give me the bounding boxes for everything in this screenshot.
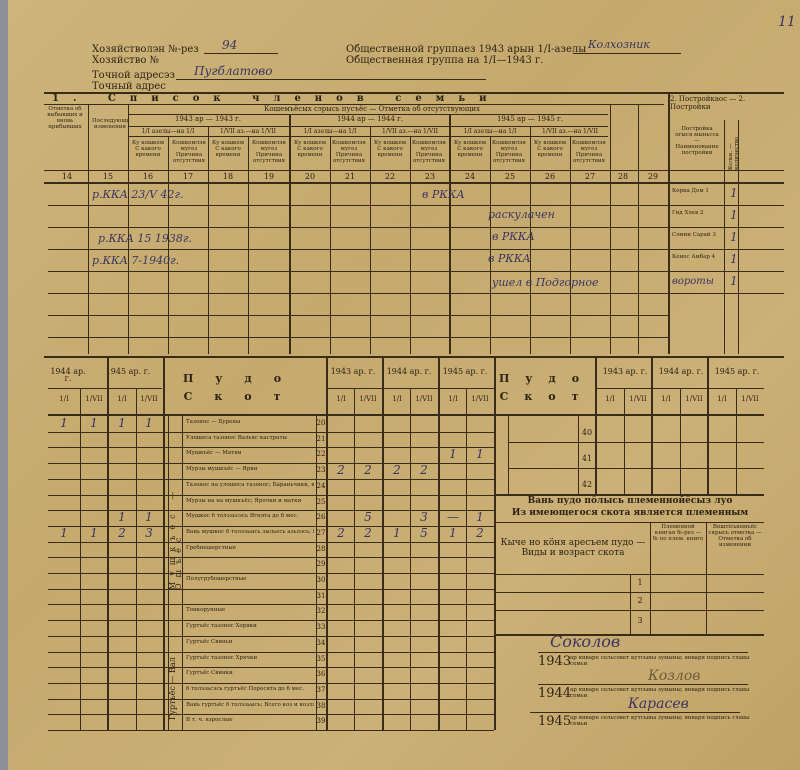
building-2-count[interactable]: 1 [730, 208, 738, 222]
ls-title-komi: Пудо [168, 372, 318, 385]
livestock-row-number: 20 [316, 419, 326, 427]
member-row-4-absence[interactable]: в РККА [488, 252, 531, 265]
livestock-row-label: Гуртъёс Свинки [186, 670, 314, 676]
member-row-2-absence[interactable]: раскулачен [488, 208, 555, 221]
livestock-mid-cell[interactable]: 2 [328, 463, 354, 477]
col25-header: Кошкемлэн мугез Причина отсутствия [490, 140, 528, 164]
livestock-row-label: Гребнешерстные [186, 545, 314, 551]
col21-header: Кошкемлэн мугез Причина отсутствия [330, 140, 368, 164]
group-komi: Общественной группаез 1943 арын 1/I-азел… [346, 44, 586, 55]
livestock-mid-cell[interactable]: 1 [440, 526, 466, 540]
signature-1945[interactable]: Карасев [628, 696, 689, 712]
signature-1943-year: 1943 [538, 654, 571, 669]
livestock-row-label: Мурзы на на мушкъёс; Ярочки и матки [186, 498, 314, 504]
building-2: Гид Хлев 2 [672, 210, 720, 216]
livestock-left-cell[interactable]: 1 [80, 526, 108, 540]
livestock-row-label: Мурзы мушкъёс — Ярки [186, 466, 314, 472]
livestock-mid-cell[interactable]: 1 [466, 510, 494, 524]
col16-header: Ку кошкем С какого времени [130, 140, 166, 158]
building-5-count[interactable]: 1 [730, 274, 738, 288]
half-jul-1945: 1/VII аз.—на 1/VII [530, 128, 610, 135]
col27-header: Кошкемлэн мугез Причина отсутствия [570, 140, 608, 164]
livestock-row-number: 32 [316, 607, 326, 615]
livestock-row-number: 36 [316, 670, 326, 678]
livestock-mid-cell[interactable]: 5 [354, 510, 382, 524]
ls-mid-year-1943: 1943 ар. г. [328, 368, 378, 375]
page-number: 11 [778, 14, 796, 30]
member-row-1-absence[interactable]: в РККА [422, 188, 465, 201]
livestock-row-label: 6 толэзьсэсь гуртъёс Поросята до 6 мес. [186, 686, 314, 692]
livestock-row-label: Гуртъёс Свиньи [186, 639, 314, 645]
livestock-row-number: 39 [316, 717, 326, 725]
col18-header: Ку кошкем С какого времени [210, 140, 246, 158]
half-jan-1943: 1/I азелы—на 1/I [128, 128, 208, 135]
building-3-count[interactable]: 1 [730, 230, 738, 244]
livestock-left-cell[interactable]: 1 [108, 510, 136, 524]
ls-title-ru: Скот [168, 390, 318, 403]
half-jul-1944: 1/VII аз.—на 1/VII [370, 128, 450, 135]
address-value[interactable]: Пугблатово [194, 64, 272, 78]
livestock-row-label: Мушкъёс — Матки [186, 450, 314, 456]
livestock-mid-cell[interactable]: 1 [440, 447, 466, 461]
livestock-row-number: 30 [316, 576, 326, 584]
livestock-row-number: 27 [316, 529, 326, 537]
livestock-row-label: Гуртъёс тазонос Хоряки [186, 623, 314, 629]
member-row-1-note[interactable]: р.ККА 23/V 42г. [92, 188, 184, 201]
livestock-mid-cell[interactable]: 3 [410, 510, 438, 524]
livestock-mid-cell[interactable]: 5 [410, 526, 438, 540]
col26-header: Ку кошкем С какого времени [532, 140, 568, 158]
half-jul-1943: 1/VII аз.—на 1/VII [208, 128, 288, 135]
building-3: Сэмин Сарай 3 [672, 232, 720, 238]
livestock-row-number: 23 [316, 466, 326, 474]
signature-1944-year: 1944 [538, 686, 571, 701]
livestock-mid-cell[interactable]: 2 [354, 463, 382, 477]
livestock-row-label: В т. ч. взрослые [186, 717, 314, 723]
year-1944: 1944 ар — 1944 г. [290, 116, 450, 123]
livestock-row-number: 22 [316, 450, 326, 458]
livestock-row-number: 29 [316, 560, 326, 568]
pedigree-col-kind: Кыче но кöня аресъем пудо — Виды и возра… [498, 538, 648, 558]
livestock-row-label: Вань гуртъёс 6 толэзьысь; Всего коз и ко… [186, 702, 314, 708]
section2-title: 2. Постройкаос — 2. Постройки [670, 95, 780, 111]
building-1-count[interactable]: 1 [730, 186, 738, 200]
livestock-row-number: 37 [316, 686, 326, 694]
household-no-value[interactable]: 94 [222, 38, 237, 52]
form-page: 11 Хозяйстволэн №-рез Хозяйство № 94 Точ… [8, 0, 800, 770]
col19-header: Кошкемлэн мугез Причина отсутствия [250, 140, 288, 164]
livestock-row-number: 33 [316, 623, 326, 631]
livestock-mid-cell[interactable]: 2 [410, 463, 438, 477]
signature-1943[interactable]: Соколов [550, 632, 620, 651]
livestock-mid-cell[interactable]: 2 [466, 526, 494, 540]
livestock-row-number: 28 [316, 545, 326, 553]
ls-left-year-1944: 1944 ар. г. [48, 368, 88, 382]
signature-1944[interactable]: Козлов [648, 668, 700, 684]
absent-header: Кошемъёсых сэрысь пусъёс — Отметка об от… [132, 106, 612, 113]
building-1: Корка Дом 1 [672, 188, 720, 194]
livestock-row-number: 21 [316, 435, 326, 443]
pedigree-title-komi: Вань пудо пöлысь племеннойёсыз луо [496, 496, 764, 506]
livestock-mid-cell[interactable]: 2 [354, 526, 382, 540]
scan-edge [0, 0, 8, 770]
livestock-row-label: Гуртъёс тазонос Хрячки [186, 655, 314, 661]
member-row-4-note[interactable]: р.ККА 7-1940г. [92, 254, 179, 267]
section1-title: 1. Список членов семьи [52, 93, 612, 104]
livestock-row-label: Мушкос 6 толэзьсэсь Ягнята до 6 мес. [186, 513, 314, 519]
signature-1945-year: 1945 [538, 714, 571, 729]
building-4-count[interactable]: 1 [730, 252, 738, 266]
livestock-row-label: Вань мушкос 6 толэзьысь зыльесь азьлэсь;… [186, 529, 314, 535]
ls-right-title-ru: Скот [498, 390, 596, 403]
ls-right-year-1944: 1944 ар. г. [654, 368, 708, 375]
livestock-left-cell[interactable]: 1 [136, 416, 162, 430]
livestock-mid-cell[interactable]: 1 [384, 526, 410, 540]
livestock-left-cell[interactable]: 1 [136, 510, 162, 524]
livestock-left-cell[interactable]: 2 [108, 526, 136, 540]
ls-right-year-1943: 1943 ар. г. [598, 368, 652, 375]
year-1945: 1945 ар — 1945 г. [450, 116, 610, 123]
livestock-row-number: 38 [316, 702, 326, 710]
household-no-komi: Хозяйстволэн №-рез [92, 44, 199, 55]
pedigree-col-book: Племенной книгая №-рез — № по плем. книг… [652, 524, 704, 542]
livestock-row-number: 35 [316, 655, 326, 663]
col22-header: Ку кошкем С какого времени [372, 140, 408, 158]
ls-right-year-1945: 1945 ар. г. [710, 368, 764, 375]
livestock-row-label: Полугрубошерстные [186, 576, 314, 582]
year-1943: 1943 ар — 1943 г. [128, 116, 288, 123]
half-jan-1944: 1/I азелы—на 1/I [290, 128, 370, 135]
livestock-row-label: Улошеса тазонос Вальяс кастраты [186, 435, 314, 441]
building-4: Кенос Амбар 4 [672, 254, 720, 260]
half-jan-1945: 1/I азелы—на 1/I [450, 128, 530, 135]
pedigree-title-ru: Из имеющегося скота является племенным [496, 508, 764, 518]
livestock-left-cell[interactable]: 1 [48, 416, 80, 430]
member-row-5-absence[interactable]: ушел в Подгорное [492, 276, 599, 289]
pedigree-col-note: Воштiськемъёс сярысь отметка — Отметка о… [706, 524, 764, 548]
col23-header: Кошкемлэн мугез Причина отсутствия [410, 140, 448, 164]
ls-mid-year-1945: 1945 ар. г. [440, 368, 490, 375]
member-row-3-note[interactable]: р.ККА 15 1938г. [98, 232, 192, 245]
livestock-mid-cell[interactable]: — [440, 510, 466, 524]
ls-right-title-komi: Пудо [498, 372, 596, 385]
address-komi: Точной адресэз [92, 70, 175, 81]
livestock-mid-cell[interactable]: 1 [466, 447, 494, 461]
livestock-row-number: 34 [316, 639, 326, 647]
group-ru: Общественная группа на 1/I—1943 г. [346, 55, 543, 66]
livestock-left-cell[interactable]: 1 [80, 416, 108, 430]
livestock-row-number: 31 [316, 592, 326, 600]
livestock-mid-cell[interactable]: 2 [328, 526, 354, 540]
livestock-left-cell[interactable]: 1 [48, 526, 80, 540]
livestock-row-number: 24 [316, 482, 326, 490]
livestock-row-label: Тазонос на улошеса тазонос; Бараньчики, … [186, 482, 314, 488]
livestock-row-number: 25 [316, 498, 326, 506]
col24-header: Ку кошкем С какого времени [452, 140, 488, 158]
building-5-name[interactable]: вороты [672, 276, 714, 287]
ls-mid-year-1944: 1944 ар. г. [384, 368, 434, 375]
household-no-ru: Хозяйство № [92, 55, 159, 66]
livestock-left-cell[interactable]: 1 [108, 416, 136, 430]
livestock-row-label: Тонкорунные [186, 607, 314, 613]
col17-header: Кошкемлэн мугез Причина отсутствия [170, 140, 208, 164]
livestock-row-number: 26 [316, 513, 326, 521]
col14-header: Отметка об выбывших и вновь прибывших [46, 106, 84, 166]
group-value[interactable]: Колхозник [588, 38, 650, 51]
col20-header: Ку кошкем С какого времени [292, 140, 328, 158]
member-row-3-absence[interactable]: в РККА [492, 230, 535, 243]
livestock-mid-cell[interactable]: 2 [384, 463, 410, 477]
col15-header: Последующие изменения [92, 118, 128, 168]
section2-header: Постройка огыся мыньсса — Наименование п… [672, 126, 722, 156]
address-ru: Точный адрес [92, 81, 166, 92]
livestock-left-cell[interactable]: 3 [136, 526, 162, 540]
livestock-row-label: Тазонос — Бурены [186, 419, 314, 425]
